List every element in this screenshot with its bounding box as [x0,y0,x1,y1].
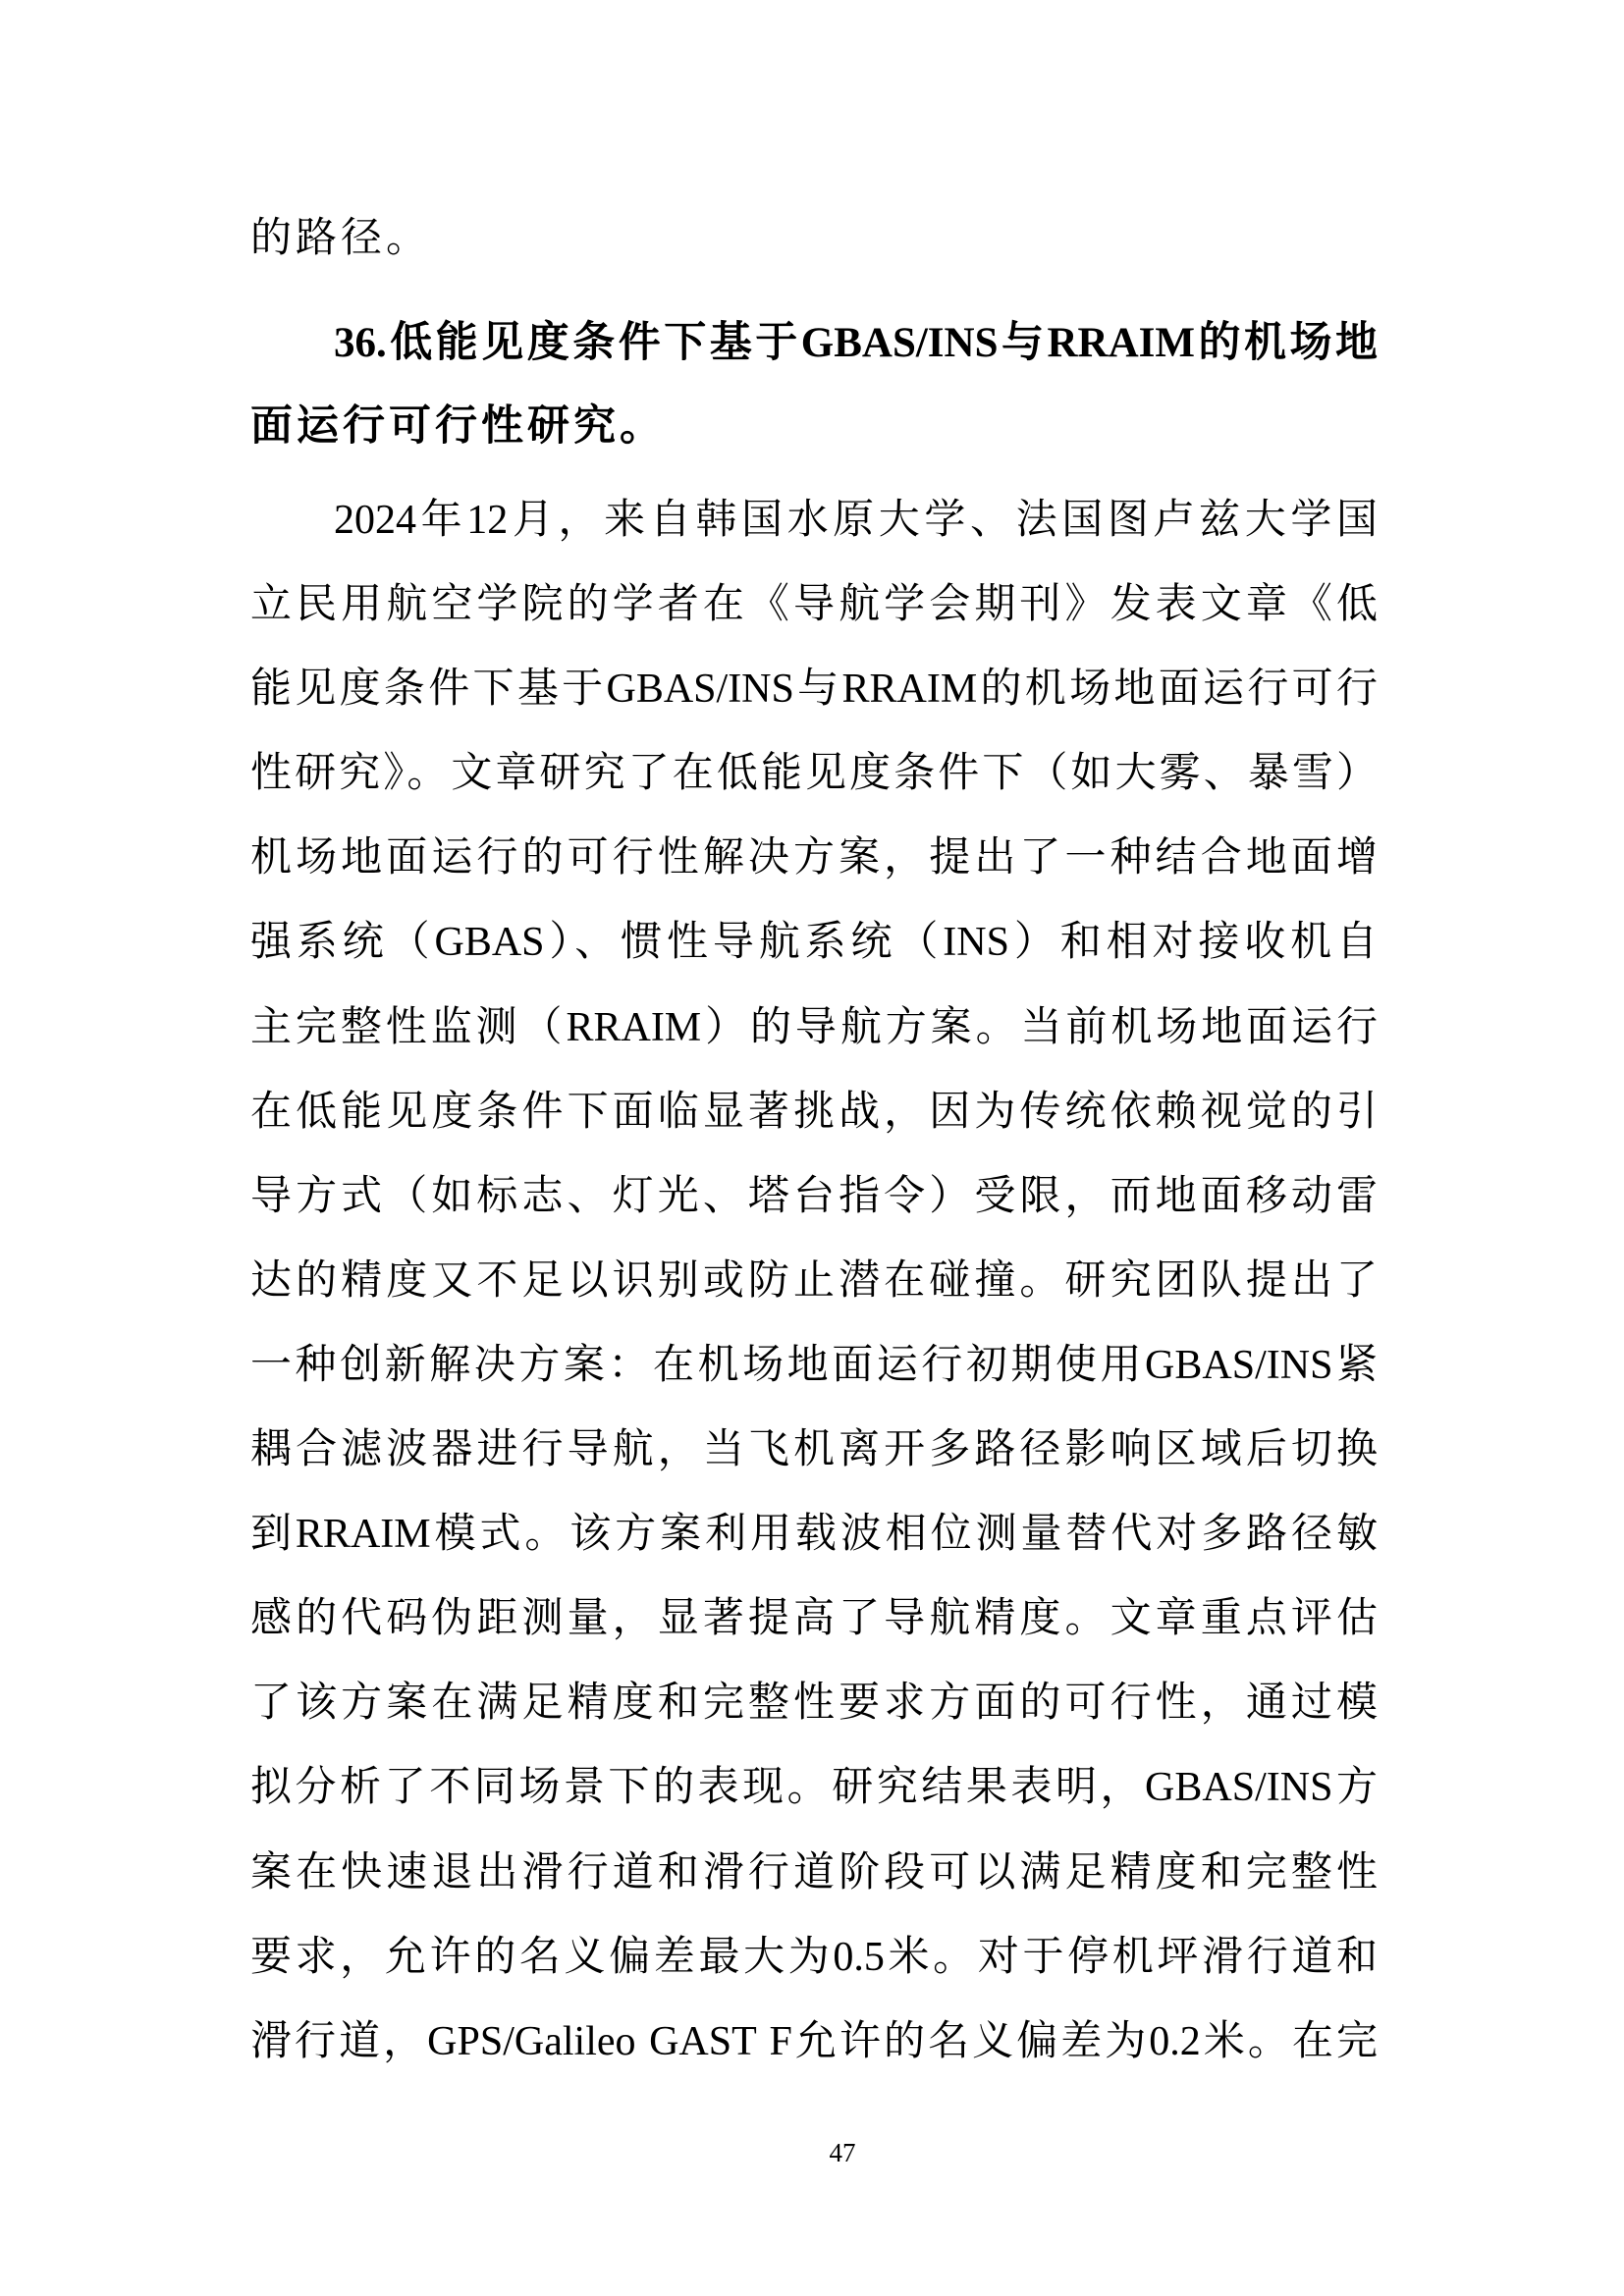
body-line: 达的精度又不足以识别或防止潜在碰撞。研究团队提出了 [250,1259,1378,1303]
body-line: 滑行道，GPS/Galileo GAST F允许的名义偏差为0.2米。在完 [250,2020,1378,2063]
document-page: 的路径。 36.低能见度条件下基于GBAS/INS与RRAIM的机场地 面运行可… [0,0,1624,2296]
page-number: 47 [793,2138,892,2167]
body-line: 主完整性监测（RRAIM）的导航方案。当前机场地面运行 [250,1006,1378,1049]
body-line: 强系统（GBAS）、惯性导航系统（INS）和相对接收机自 [250,921,1378,964]
body-line: 一种创新解决方案：在机场地面运行初期使用GBAS/INS紧 [250,1344,1378,1387]
continuation-text: 的路径。 [250,217,1378,260]
body-line: 案在快速退出滑行道和滑行道阶段可以满足精度和完整性 [250,1851,1378,1895]
body-line: 感的代码伪距测量，显著提高了导航精度。文章重点评估 [250,1597,1378,1640]
body-line: 机场地面运行的可行性解决方案，提出了一种结合地面增 [250,836,1378,880]
body-line: 了该方案在满足精度和完整性要求方面的可行性，通过模 [250,1682,1378,1725]
body-line: 2024年12月，来自韩国水原大学、法国图卢兹大学国 [334,499,1378,542]
body-line: 拟分析了不同场景下的表现。研究结果表明，GBAS/INS方 [250,1766,1378,1809]
body-line: 能见度条件下基于GBAS/INS与RRAIM的机场地面运行可行 [250,667,1378,711]
body-line: 立民用航空学院的学者在《导航学会期刊》发表文章《低 [250,583,1378,626]
body-line: 到RRAIM模式。该方案利用载波相位测量替代对多路径敏 [250,1513,1378,1556]
body-line: 导方式（如标志、灯光、塔台指令）受限，而地面移动雷 [250,1175,1378,1218]
body-line: 在低能见度条件下面临显著挑战，因为传统依赖视觉的引 [250,1091,1378,1134]
section-heading-line-1: 36.低能见度条件下基于GBAS/INS与RRAIM的机场地 [334,322,1378,365]
body-line: 耦合滤波器进行导航，当飞机离开多路径影响区域后切换 [250,1428,1378,1471]
body-line: 性研究》。文章研究了在低能见度条件下（如大雾、暴雪） [250,752,1378,795]
body-line: 要求，允许的名义偏差最大为0.5米。对于停机坪滑行道和 [250,1936,1378,1979]
section-heading-line-2: 面运行可行性研究。 [250,405,1378,449]
